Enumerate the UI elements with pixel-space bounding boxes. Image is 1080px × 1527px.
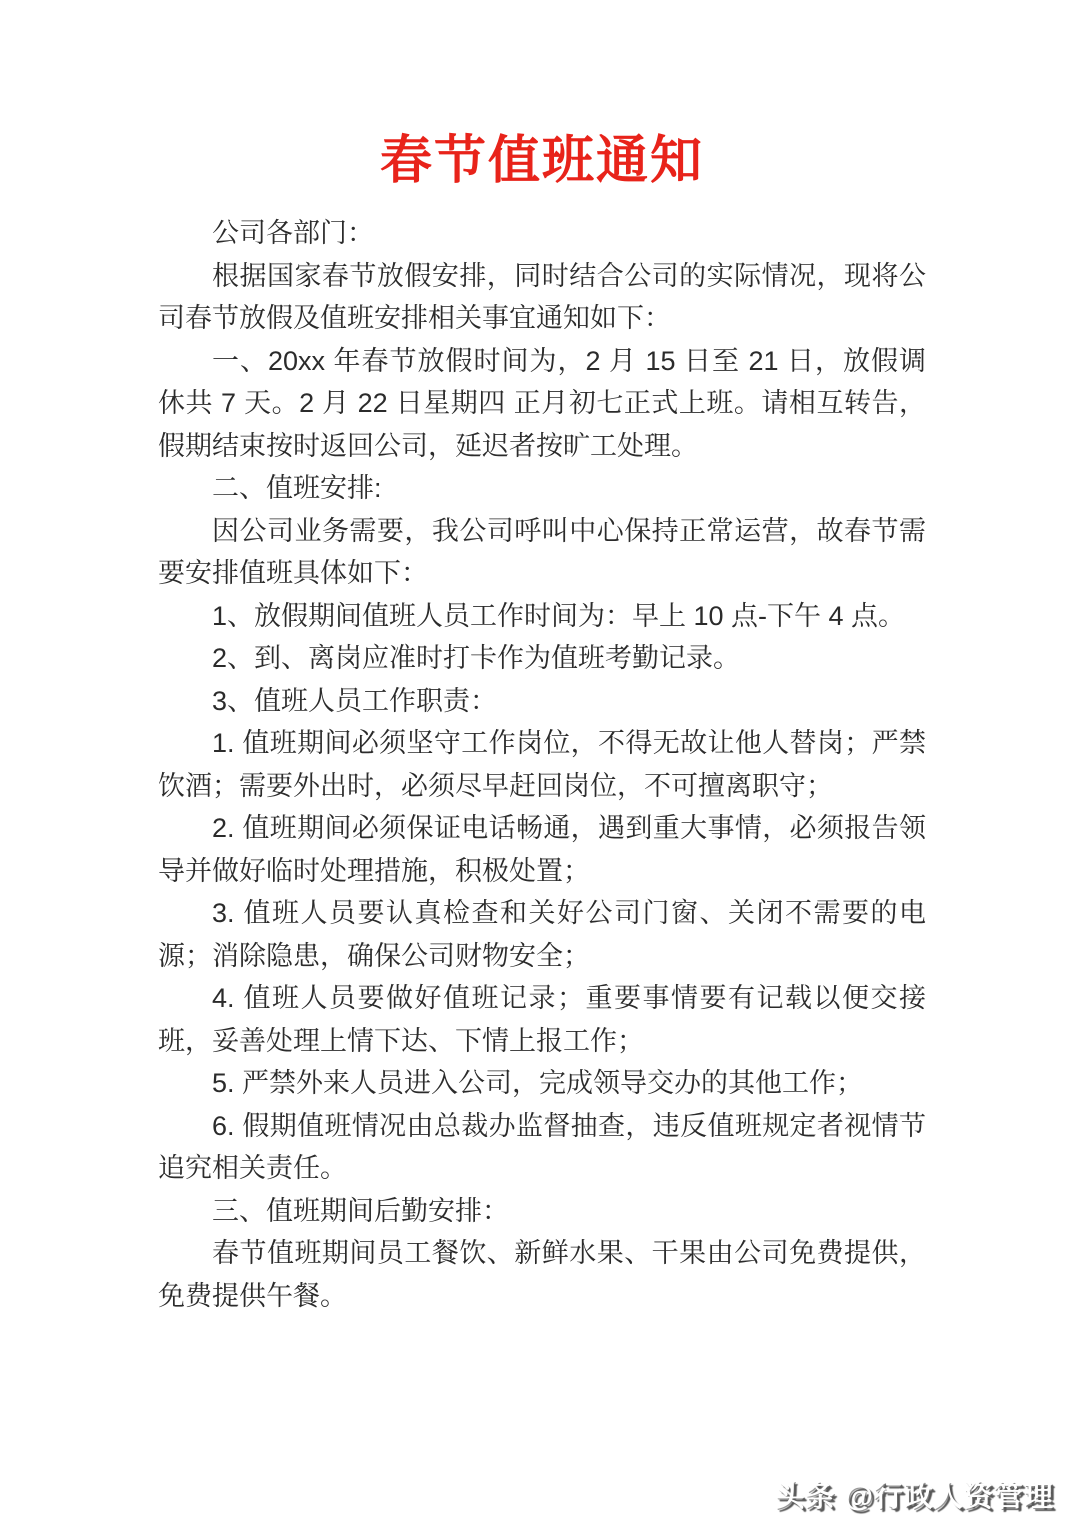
toutiao-watermark: 头条 @行政人资管理 [776, 1474, 1054, 1515]
paragraph-intro: 根据国家春节放假安排，同时结合公司的实际情况，现将公司春节放假及值班安排相关事宜… [158, 255, 926, 340]
paragraph-duty-4: 4. 值班人员要做好值班记录；重要事情要有记载以便交接班，妥善处理上情下达、下情… [158, 977, 926, 1062]
paragraph-section-2-heading: 二、值班安排: [158, 467, 926, 510]
paragraph-duty-1: 1. 值班期间必须坚守工作岗位，不得无故让他人替岗；严禁饮酒；需要外出时，必须尽… [158, 722, 926, 807]
paragraph-item-2: 2、到、离岗应准时打卡作为值班考勤记录。 [158, 637, 926, 680]
paragraph-item-1: 1、放假期间值班人员工作时间为：早上 10 点-下午 4 点。 [158, 595, 926, 638]
paragraph-section-2-intro: 因公司业务需要，我公司呼叫中心保持正常运营，故春节需要安排值班具体如下： [158, 510, 926, 595]
paragraph-duty-2: 2. 值班期间必须保证电话畅通，遇到重大事情，必须报告领导并做好临时处理措施，积… [158, 807, 926, 892]
document-page: 春节值班通知 公司各部门： 根据国家春节放假安排，同时结合公司的实际情况，现将公… [0, 0, 1080, 1527]
document-title: 春节值班通知 [158, 130, 926, 192]
paragraph-item-3: 3、值班人员工作职责： [158, 680, 926, 723]
paragraph-section-1: 一、20xx 年春节放假时间为，2 月 15 日至 21 日，放假调休共 7 天… [158, 340, 926, 468]
paragraph-salutation: 公司各部门： [158, 212, 926, 255]
paragraph-section-3-heading: 三、值班期间后勤安排： [158, 1190, 926, 1233]
paragraph-duty-3: 3. 值班人员要认真检查和关好公司门窗、关闭不需要的电源；消除隐患，确保公司财物… [158, 892, 926, 977]
document-body: 公司各部门： 根据国家春节放假安排，同时结合公司的实际情况，现将公司春节放假及值… [158, 212, 926, 1317]
document-column: 春节值班通知 公司各部门： 根据国家春节放假安排，同时结合公司的实际情况，现将公… [158, 130, 926, 1317]
paragraph-duty-5: 5. 严禁外来人员进入公司，完成领导交办的其他工作； [158, 1062, 926, 1105]
paragraph-section-3-body: 春节值班期间员工餐饮、新鲜水果、干果由公司免费提供，免费提供午餐。 [158, 1232, 926, 1317]
paragraph-duty-6: 6. 假期值班情况由总裁办监督抽查，违反值班规定者视情节追究相关责任。 [158, 1105, 926, 1190]
